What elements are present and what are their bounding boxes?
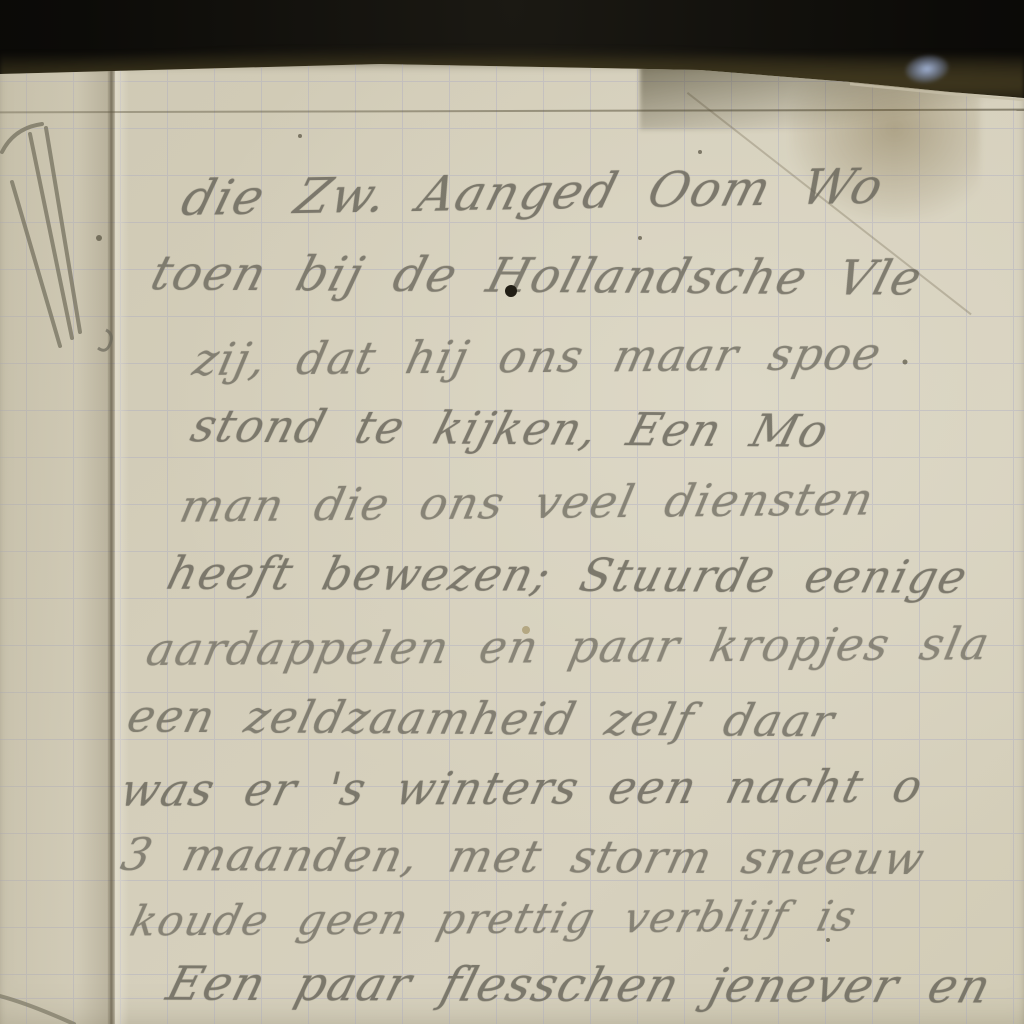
handwriting-line: 3 maanden, met storm sneeuw xyxy=(117,832,930,881)
handwriting-line: heeft bewezen; Stuurde eenige xyxy=(163,551,973,600)
handwriting-line: aardappelen en paar kropjes sla xyxy=(143,621,995,672)
manuscript-photo: die Zw. Aanged Oom Wo toen bij de Hollan… xyxy=(0,0,1024,1024)
handwriting-line: die Zw. Aanged Oom Wo xyxy=(177,162,890,223)
handwriting-line: een zeldzaamheid zelf daar xyxy=(123,694,839,744)
handwriting-line: toen bij de Hollandsche Vle xyxy=(146,249,928,302)
handwriting-line: koude geen prettig verblijf is xyxy=(126,895,861,942)
handwriting-line: man die ons veel diensten xyxy=(176,476,878,528)
handwritten-text: die Zw. Aanged Oom Wo toen bij de Hollan… xyxy=(0,0,1024,1024)
handwriting-line: was er 's winters een nacht o xyxy=(116,764,928,813)
handwriting-line: Een paar flesschen jenever en xyxy=(162,961,997,1011)
handwriting-line: zij, dat hij ons maar spoe xyxy=(189,331,886,382)
handwriting-line: stond te kijken, Een Mo xyxy=(187,403,835,454)
